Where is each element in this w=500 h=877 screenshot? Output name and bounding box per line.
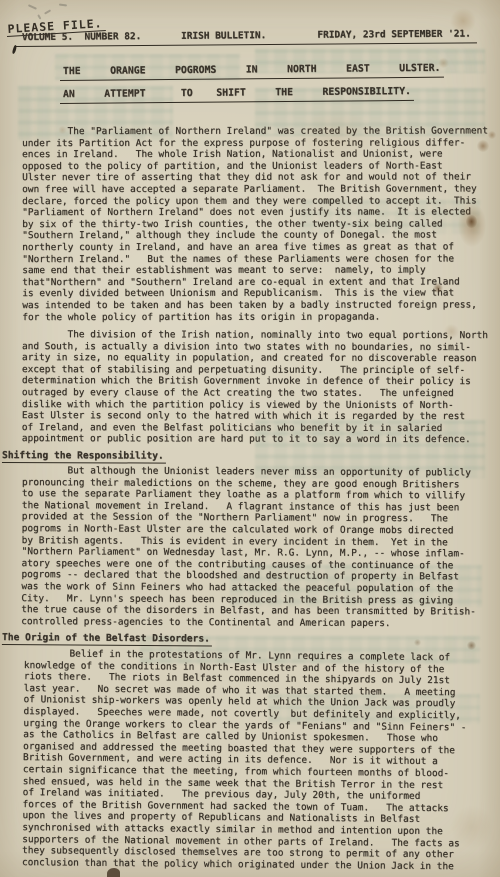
headline-line2: AN ATTEMPT TO SHIFT THE RESPONSIBILITY. <box>60 86 414 104</box>
subheading-text: The Origin of the Belfast Disorders. <box>2 632 212 647</box>
paragraph-division-of-nation: The division of the Irish nation, nomina… <box>22 329 494 446</box>
pencil-mark <box>38 14 42 19</box>
stain <box>107 868 120 877</box>
pencil-mark <box>59 3 67 6</box>
paragraph-unionist-leaders: But although the Unionist leaders never … <box>21 465 494 630</box>
pencil-mark <box>28 4 37 9</box>
document-body: The "Parliament of Northern Ireland" was… <box>22 126 494 868</box>
masthead-line: VOLUME 5. NUMBER 82. IRISH BULLETIN. FRI… <box>16 28 477 47</box>
headline-line1: THE ORANGE POGROMS IN NORTH EAST ULSTER. <box>60 63 444 81</box>
paragraph-belfast-origins: Belief in the protestations of Mr. Lynn … <box>22 648 494 873</box>
paragraph-parliament-created: The "Parliament of Northern Ireland" was… <box>22 125 494 323</box>
document-page: PLEASE FILE. VOLUME 5. NUMBER 82. IRISH … <box>0 0 500 877</box>
subheading-origin-of-belfast-disorders: The Origin of the Belfast Disorders. <box>2 632 494 649</box>
subheading-text: Shifting the Responsibility. <box>2 450 166 464</box>
pencil-mark <box>44 9 51 14</box>
subheading-shifting-the-responsibility: Shifting the Responsibility. <box>2 450 494 465</box>
